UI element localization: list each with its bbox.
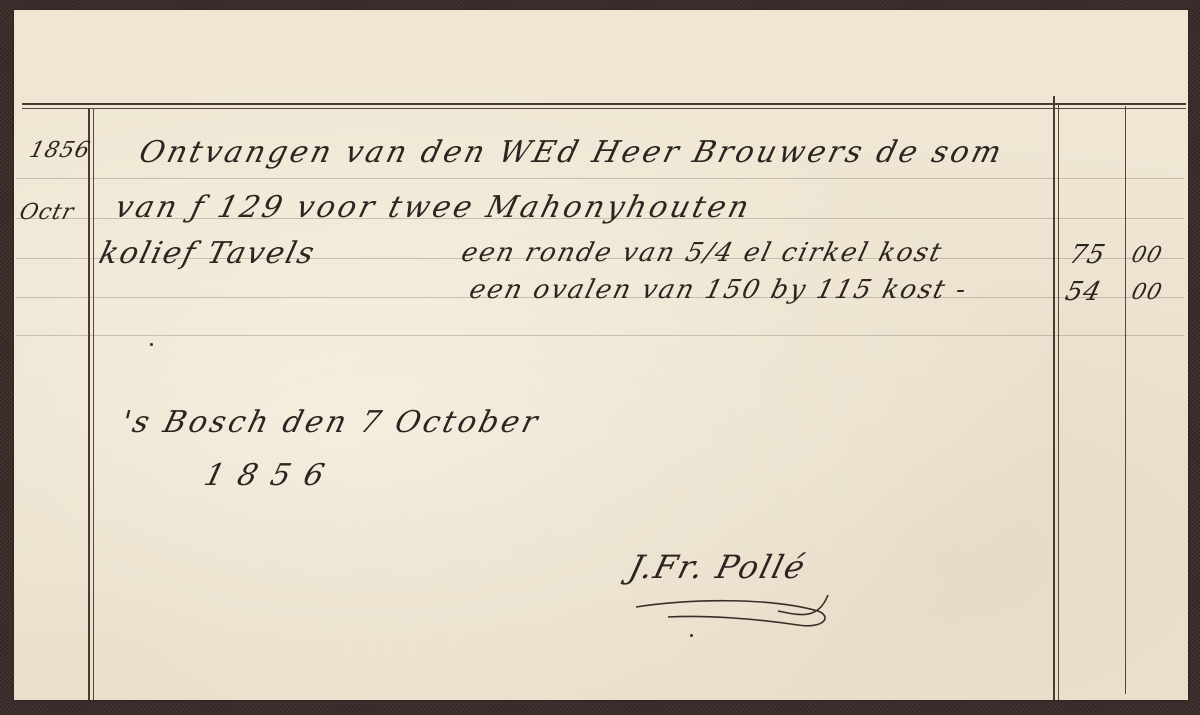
amount-column-divider-second [1058,104,1059,700]
body-line-3: kolief Tavels [96,236,320,271]
body-line-2: van ƒ 129 voor twee Mahonyhouten [112,190,756,225]
ink-dot [690,634,693,637]
place-date-year: 1856 [201,458,342,493]
ruled-line [16,178,1184,179]
ink-dot [150,343,153,346]
signature-flourish [628,585,848,645]
amount-column-divider [1053,96,1055,700]
date-column-divider [88,108,90,700]
receipt-paper [14,10,1188,700]
top-double-rule [22,103,1186,105]
amount-cents-2: 00 [1129,280,1165,305]
date-month: Octr [17,200,77,225]
ruled-line [16,335,1184,336]
top-double-rule-second [22,108,1186,109]
cents-column-divider [1125,106,1126,694]
date-column-divider-second [93,108,94,700]
date-year: 1856 [27,138,93,163]
amount-guilders-2: 54 [1062,277,1105,307]
item-oval-table: een ovalen van 150 by 115 kost - [466,275,971,305]
item-round-table: een ronde van 5/4 el cirkel kost [458,238,946,268]
body-line-1: Ontvangen van den WEd Heer Brouwers de s… [136,135,1008,170]
place-date-line: 's Bosch den 7 October [118,405,544,440]
amount-cents-1: 00 [1129,243,1165,268]
amount-guilders-1: 75 [1066,240,1109,270]
signature: J.Fr. Pollé [625,548,810,586]
